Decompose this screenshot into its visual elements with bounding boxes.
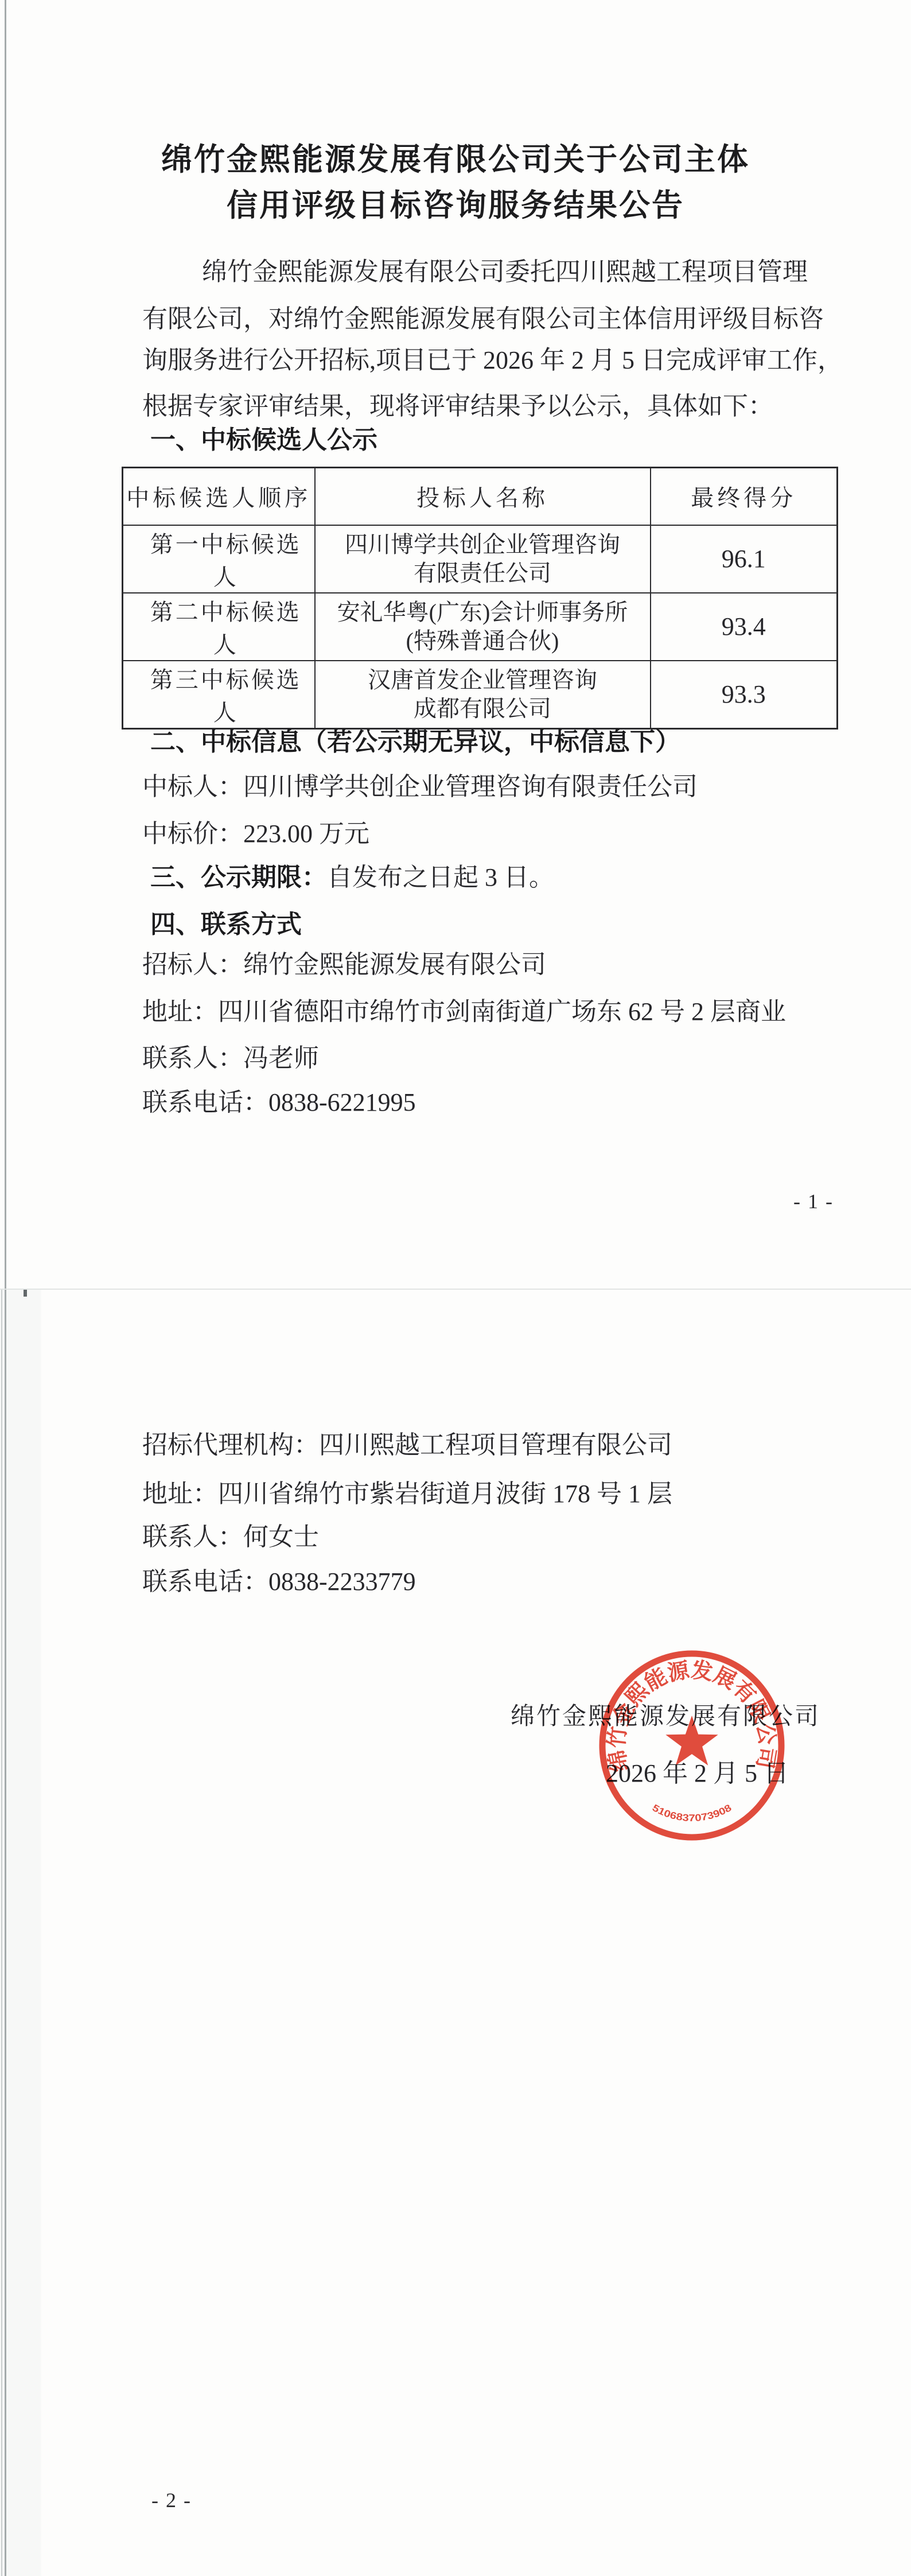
- table-row: 第一中标候选人 四川博学共创企业管理咨询 有限责任公司 96.1: [123, 525, 838, 593]
- paragraph-line-2: 有限公司，对绵竹金熙能源发展有限公司主体信用评级目标咨: [142, 305, 824, 333]
- contact-person-line: 联系人：冯老师: [142, 1044, 319, 1073]
- section-heading-award-info: 二、中标信息（若公示期无异议，中标信息下）: [150, 728, 680, 756]
- cell-order-2: 第二中标候选人: [123, 593, 315, 661]
- publicity-period-label: 三、公示期限：: [150, 863, 327, 891]
- agency-contact-line: 联系人：何女士: [142, 1523, 319, 1551]
- award-info-label: 二、中标信息: [150, 728, 302, 756]
- svg-text:5106837073908: 5106837073908: [651, 1802, 734, 1824]
- cell-bidder-2: 安礼华粤(广东)会计师事务所 (特殊普通合伙): [315, 593, 651, 661]
- scan-artifact: [24, 1290, 27, 1297]
- cell-order-3: 第三中标候选人: [123, 661, 315, 729]
- seal-star: [665, 1716, 718, 1766]
- scan-edge-line: [5, 1290, 6, 2576]
- tenderer-line: 招标人：绵竹金熙能源发展有限公司: [142, 951, 546, 979]
- cell-score-3: 93.3: [651, 661, 838, 729]
- winner-line: 中标人：四川博学共创企业管理咨询有限责任公司: [142, 773, 698, 801]
- agency-address-line: 地址：四川省绵竹市紫岩街道月波街 178 号 1 层: [142, 1480, 672, 1508]
- contact-phone-line: 联系电话：0838-6221995: [142, 1088, 416, 1117]
- cell-score-1: 96.1: [651, 525, 838, 593]
- seal-serial-number: 5106837073908: [651, 1802, 734, 1824]
- scanned-document: 绵竹金熙能源发展有限公司关于公司主体 信用评级目标咨询服务结果公告 绵竹金熙能源…: [0, 0, 911, 2576]
- cell-bidder-1: 四川博学共创企业管理咨询 有限责任公司: [315, 525, 651, 593]
- paragraph-line-1: 绵竹金熙能源发展有限公司委托四川熙越工程项目管理: [142, 258, 808, 286]
- table-row: 第三中标候选人 汉唐首发企业管理咨询 成都有限公司 93.3: [123, 661, 838, 729]
- page-1: 绵竹金熙能源发展有限公司关于公司主体 信用评级目标咨询服务结果公告 绵竹金熙能源…: [0, 0, 911, 1290]
- table-row: 第二中标候选人 安礼华粤(广东)会计师事务所 (特殊普通合伙) 93.4: [123, 593, 838, 661]
- section-heading-contact: 四、联系方式: [150, 910, 302, 939]
- header-cell-score: 最终得分: [651, 468, 838, 525]
- document-title: 绵竹金熙能源发展有限公司关于公司主体 信用评级目标咨询服务结果公告: [0, 137, 911, 228]
- title-line-2: 信用评级目标咨询服务结果公告: [0, 183, 911, 228]
- candidates-table: 中标候选人顺序 投标人名称 最终得分 第一中标候选人 四川博学共创企业管理咨询 …: [122, 467, 838, 730]
- paragraph-line-3: 询服务进行公开招标,项目已于 2026 年 2 月 5 日完成评审工作，: [142, 346, 843, 375]
- cell-order-1: 第一中标候选人: [123, 525, 315, 593]
- scan-edge-line: [1, 1290, 2, 2576]
- header-cell-order: 中标候选人顺序: [123, 468, 315, 525]
- paragraph-line-4: 根据专家评审结果，现将评审结果予以公示，具体如下：: [142, 392, 773, 421]
- section-heading-publicity-period: 三、公示期限：自发布之日起 3 日。: [150, 863, 554, 892]
- agency-line: 招标代理机构：四川熙越工程项目管理有限公司: [142, 1431, 672, 1460]
- cell-score-2: 93.4: [651, 593, 838, 661]
- company-seal-stamp: 绵竹金熙能源发展有限公司 5106837073908: [594, 1648, 789, 1843]
- page-number-2: - 2 -: [151, 2488, 192, 2512]
- publicity-period-text: 自发布之日起 3 日。: [327, 863, 554, 891]
- section-heading-candidates: 一、中标候选人公示: [150, 426, 377, 455]
- title-line-1: 绵竹金熙能源发展有限公司关于公司主体: [0, 137, 911, 183]
- address-line: 地址：四川省德阳市绵竹市剑南街道广场东 62 号 2 层商业: [142, 998, 786, 1026]
- award-info-note: （若公示期无异议，中标信息下）: [302, 728, 680, 756]
- agency-phone-line: 联系电话：0838-2233779: [142, 1568, 416, 1596]
- price-line: 中标价：223.00 万元: [142, 820, 369, 848]
- header-cell-bidder: 投标人名称: [315, 468, 651, 525]
- cell-bidder-3: 汉唐首发企业管理咨询 成都有限公司: [315, 661, 651, 729]
- page-number-1: - 1 -: [793, 1189, 834, 1213]
- page-2: 招标代理机构：四川熙越工程项目管理有限公司 地址：四川省绵竹市紫岩街道月波街 1…: [0, 1290, 911, 2576]
- table-header-row: 中标候选人顺序 投标人名称 最终得分: [123, 468, 838, 525]
